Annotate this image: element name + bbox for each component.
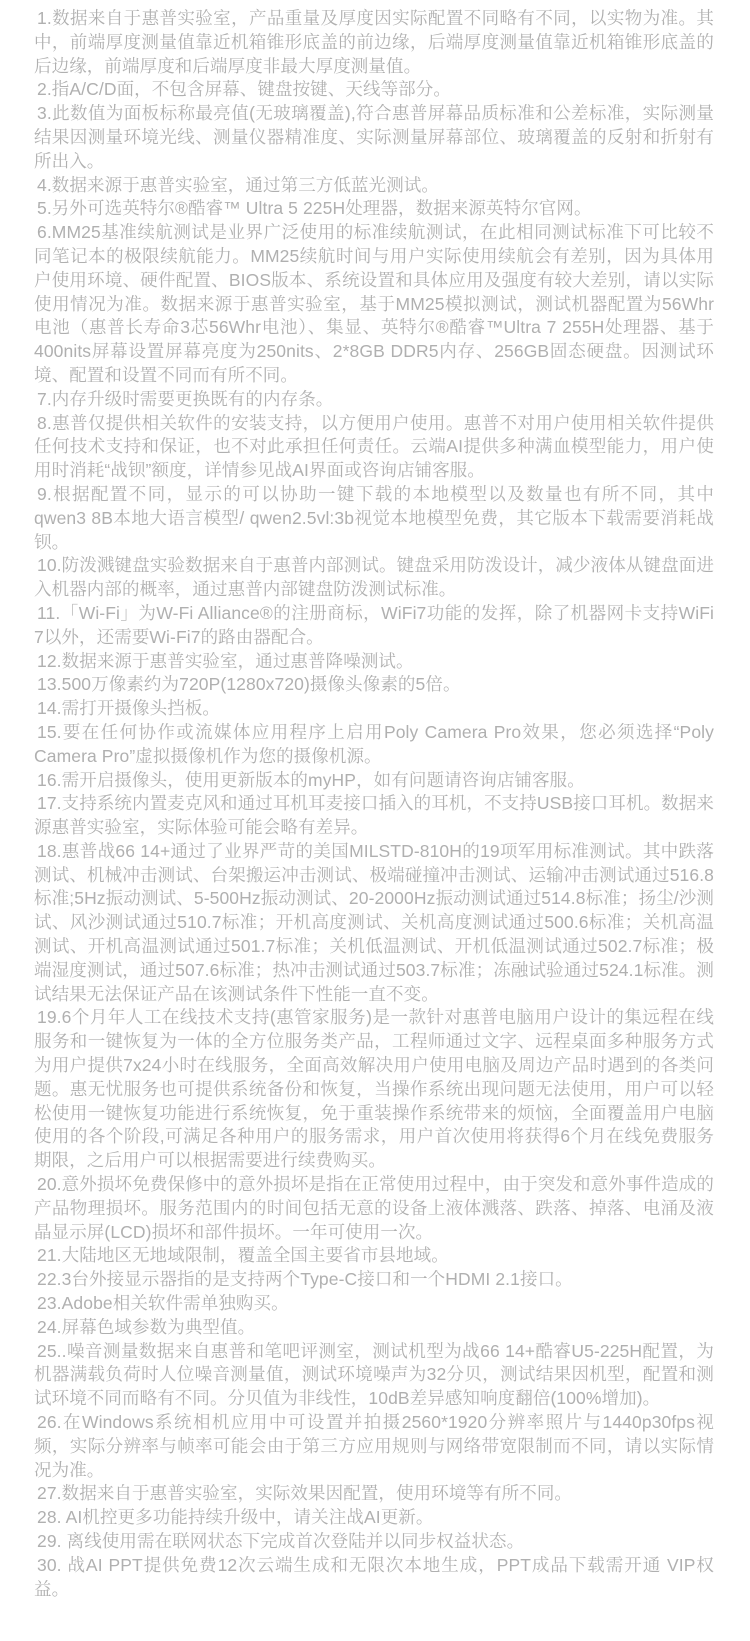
footnote-item: 4.数据来源于惠普实验室，通过第三方低蓝光测试。: [34, 174, 714, 198]
footnote-item: 11.「Wi-Fi」为W-Fi Alliance®的注册商标，WiFi7功能的发…: [34, 602, 714, 650]
footnote-item: 6.MM25基准续航测试是业界广泛使用的标准续航测试，在此相同测试标准下可比较不…: [34, 221, 714, 388]
footnote-item: 26.在Windows系统相机应用中可设置并拍摄2560*1920分辨率照片与1…: [34, 1411, 714, 1482]
footnote-item: 2.指A/C/D面，不包含屏幕、键盘按键、天线等部分。: [34, 78, 714, 102]
footnote-item: 3.此数值为面板标称最亮值(无玻璃覆盖),符合惠普屏幕品质标准和公差标准，实际测…: [34, 102, 714, 173]
product-disclaimer-page: 1.数据来自于惠普实验室，产品重量及厚度因实际配置不同略有不同，以实物为准。其中…: [0, 0, 750, 1641]
footnote-item: 13.500万像素约为720P(1280x720)摄像头像素的5倍。: [34, 673, 714, 697]
footnote-item: 14.需打开摄像头挡板。: [34, 697, 714, 721]
footnote-item: 23.Adobe相关软件需单独购买。: [34, 1292, 714, 1316]
footnote-item: 24.屏幕色域参数为典型值。: [34, 1316, 714, 1340]
footnote-item: 9.根据配置不同，显示的可以协助一键下载的本地模型以及数量也有所不同，其中qwe…: [34, 483, 714, 554]
footnote-item: 28. AI机控更多功能持续升级中，请关注战AI更新。: [34, 1506, 714, 1530]
footnote-item: 22.3台外接显示器指的是支持两个Type-C接口和一个HDMI 2.1接口。: [34, 1268, 714, 1292]
footnote-item: 12.数据来源于惠普实验室，通过惠普降噪测试。: [34, 650, 714, 674]
footnote-item: 16.需开启摄像头，使用更新版本的myHP，如有问题请咨询店铺客服。: [34, 769, 714, 793]
footnote-item: 7.内存升级时需要更换既有的内存条。: [34, 388, 714, 412]
footnote-item: 18.惠普战66 14+通过了业界严苛的美国MILSTD-810H的19项军用标…: [34, 840, 714, 1007]
footnote-item: 21.大陆地区无地域限制，覆盖全国主要省市县地域。: [34, 1244, 714, 1268]
footnote-item: 19.6个月年人工在线技术支持(惠管家服务)是一款针对惠普电脑用户设计的集远程在…: [34, 1006, 714, 1173]
footnote-item: 29. 离线使用需在联网状态下完成首次登陆并以同步权益状态。: [34, 1530, 714, 1554]
footnote-item: 15.要在任何协作或流媒体应用程序上启用Poly Camera Pro效果，您必…: [34, 721, 714, 769]
footnote-item: 27.数据来自于惠普实验室，实际效果因配置，使用环境等有所不同。: [34, 1482, 714, 1506]
footnote-item: 10.防泼溅键盘实验数据来自于惠普内部测试。键盘采用防泼设计，减少液体从键盘面进…: [34, 554, 714, 602]
footnote-item: 5.另外可选英特尔®酷睿™ Ultra 5 225H处理器，数据来源英特尔官网。: [34, 197, 714, 221]
footnote-item: 25..噪音测量数据来自惠普和笔吧评测室，测试机型为战66 14+酷睿U5-22…: [34, 1340, 714, 1411]
footnotes-list: 1.数据来自于惠普实验室，产品重量及厚度因实际配置不同略有不同，以实物为准。其中…: [34, 7, 714, 1601]
footnote-item: 20.意外损坏免费保修中的意外损坏是指在正常使用过程中，由于突发和意外事件造成的…: [34, 1173, 714, 1244]
footnote-item: 8.惠普仅提供相关软件的安装支持，以方便用户使用。惠普不对用户使用相关软件提供任…: [34, 412, 714, 483]
footnote-item: 17.支持系统内置麦克风和通过耳机耳麦接口插入的耳机，不支持USB接口耳机。数据…: [34, 792, 714, 840]
footnote-item: 30. 战AI PPT提供免费12次云端生成和无限次本地生成，PPT成品下载需开…: [34, 1554, 714, 1602]
footnote-item: 1.数据来自于惠普实验室，产品重量及厚度因实际配置不同略有不同，以实物为准。其中…: [34, 7, 714, 78]
